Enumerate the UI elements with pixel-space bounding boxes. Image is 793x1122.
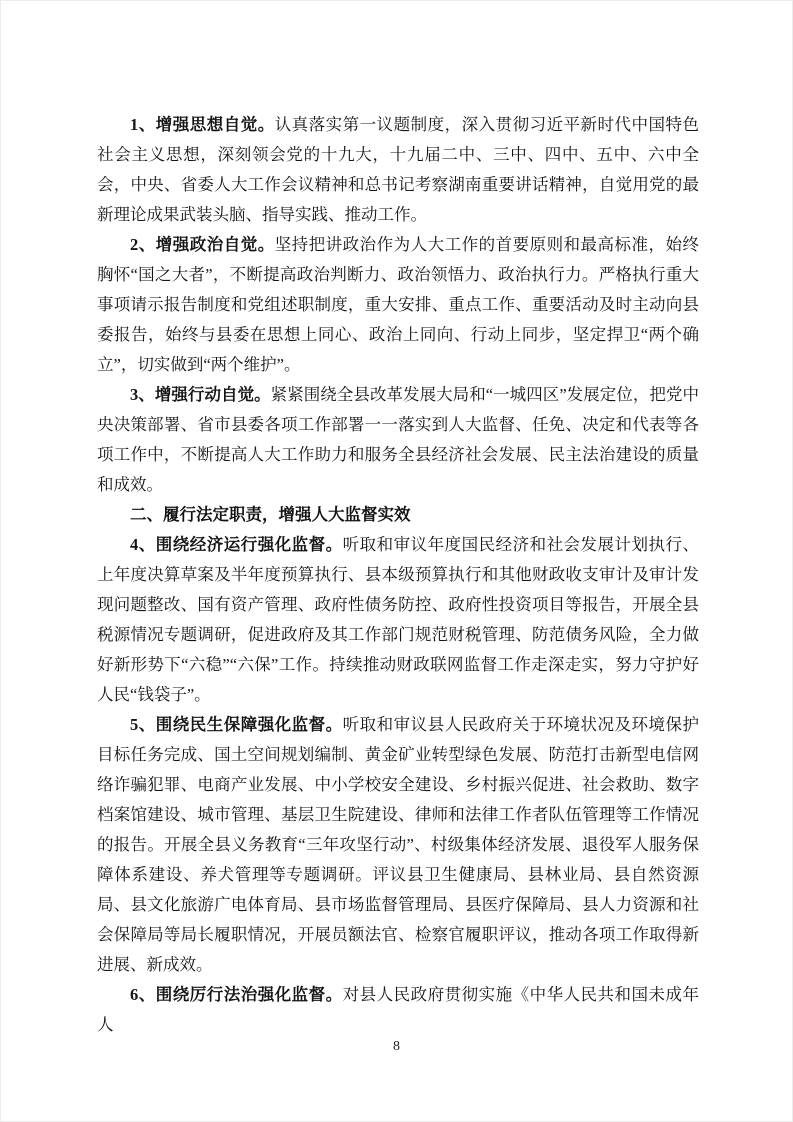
paragraph-1: 1、增强思想自觉。认真落实第一议题制度，深入贯彻习近平新时代中国特色社会主义思想…: [97, 110, 699, 230]
paragraph-6-lead: 6、围绕厉行法治强化监督。: [130, 985, 343, 1004]
document-page: 1、增强思想自觉。认真落实第一议题制度，深入贯彻习近平新时代中国特色社会主义思想…: [0, 0, 793, 1122]
paragraph-5-text: 听取和审议县人民政府关于环境状况及环境保护目标任务完成、国土空间规划编制、黄金矿…: [97, 715, 699, 974]
document-body: 1、增强思想自觉。认真落实第一议题制度，深入贯彻习近平新时代中国特色社会主义思想…: [97, 110, 699, 1040]
paragraph-3-lead: 3、增强行动自觉。: [130, 385, 271, 404]
paragraph-5: 5、围绕民生保障强化监督。听取和审议县人民政府关于环境状况及环境保护目标任务完成…: [97, 710, 699, 980]
paragraph-1-lead: 1、增强思想自觉。: [130, 115, 275, 134]
paragraph-4-text: 听取和审议年度国民经济和社会发展计划执行、上年度决算草案及半年度预算执行、县本级…: [97, 535, 699, 704]
paragraph-6: 6、围绕厉行法治强化监督。对县人民政府贯彻实施《中华人民共和国未成年人: [97, 980, 699, 1040]
paragraph-3: 3、增强行动自觉。紧紧围绕全县改革发展大局和“一城四区”发展定位，把党中央决策部…: [97, 380, 699, 500]
paragraph-4: 4、围绕经济运行强化监督。听取和审议年度国民经济和社会发展计划执行、上年度决算草…: [97, 530, 699, 710]
paragraph-4-lead: 4、围绕经济运行强化监督。: [130, 535, 343, 554]
paragraph-2-lead: 2、增强政治自觉。: [130, 235, 275, 254]
paragraph-2: 2、增强政治自觉。坚持把讲政治作为人大工作的首要原则和最高标准，始终胸怀“国之大…: [97, 230, 699, 380]
page-number: 8: [1, 1039, 792, 1055]
paragraph-2-text: 坚持把讲政治作为人大工作的首要原则和最高标准，始终胸怀“国之大者”，不断提高政治…: [97, 235, 699, 374]
paragraph-5-lead: 5、围绕民生保障强化监督。: [130, 715, 343, 734]
section-heading: 二、履行法定职责，增强人大监督实效: [97, 500, 699, 530]
